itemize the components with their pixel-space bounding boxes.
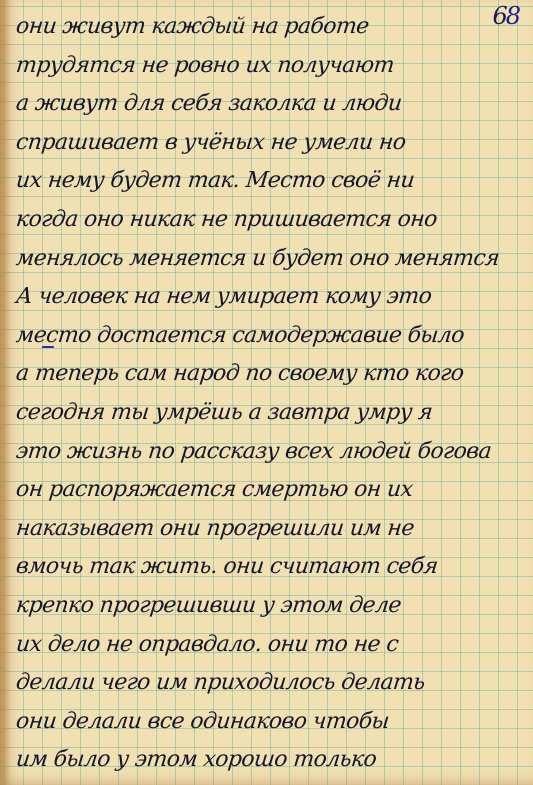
text-line: а теперь сам народ по своему кто кого xyxy=(14,355,529,394)
text-line: делали чего им приходилось делать xyxy=(14,664,529,703)
text-line: трудятся не ровно их получают xyxy=(14,47,529,86)
text-line: это жизнь по рассказу всех людей богова xyxy=(14,433,529,472)
text-line: спрашивает в учёных не умели но xyxy=(14,124,529,163)
text-line: их дело не оправдало. они то не с xyxy=(14,626,529,665)
text-line: он распоряжается смертью он их xyxy=(14,471,529,510)
text-line: сегодня ты умрёшь а завтра умру я xyxy=(14,394,529,433)
text-line: им было у этом хорошо только xyxy=(14,741,529,780)
text-line: их нему будет так. Место своё ни xyxy=(14,162,529,201)
text-line: они живут каждый на работе xyxy=(14,8,529,47)
notebook-page: 68 они живут каждый на работе трудятся н… xyxy=(0,0,533,785)
text-line: крепко прогрешивши у этом деле xyxy=(14,587,529,626)
text-line: они делали все одинаково чтобы xyxy=(14,703,529,742)
text-line: менялось меняется и будет оно менятся xyxy=(14,240,529,279)
text-line: вмочь так жить. они считают себя xyxy=(14,548,529,587)
text-line: А человек на нем умирает кому это xyxy=(14,278,529,317)
text-line: место достается самодержавие было xyxy=(14,317,529,356)
text-line: наказывает они прогрешили им не xyxy=(14,510,529,549)
text-line: когда оно никак не пришивается оно xyxy=(14,201,529,240)
text-line: а живут для себя заколка и люди xyxy=(14,85,529,124)
handwritten-text-block: они живут каждый на работе трудятся не р… xyxy=(14,8,525,780)
